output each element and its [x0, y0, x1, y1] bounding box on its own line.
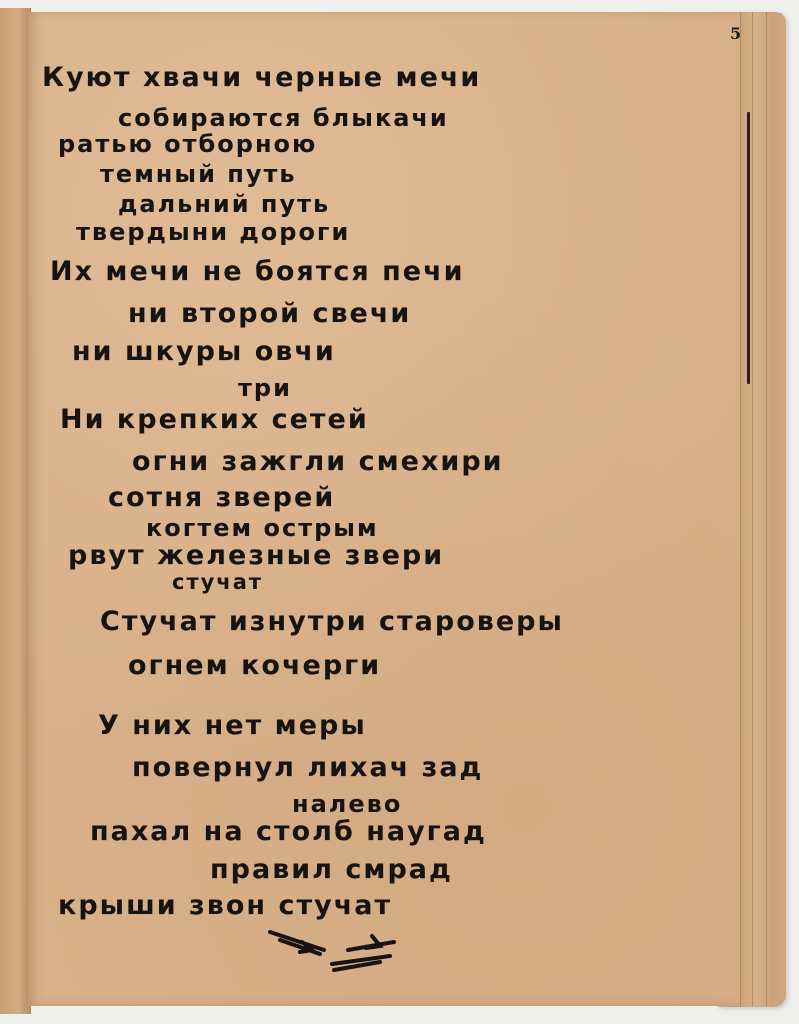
poem-line: рвут железные звери	[68, 540, 444, 571]
poem-line: Ни крепких сетей	[60, 404, 369, 435]
handwritten-poem: Куют хвачи черные мечи собираются блыкач…	[0, 0, 799, 1024]
poem-line: крыши звон стучат	[58, 890, 392, 921]
poem-line: сотня зверей	[108, 482, 335, 513]
poem-line: повернул лихач зад	[132, 752, 483, 783]
poem-line: У них нет меры	[98, 710, 367, 741]
poem-line: стучат	[172, 570, 263, 594]
poem-line: три	[238, 374, 292, 402]
poem-line: огни зажгли смехири	[132, 446, 504, 477]
poem-line: темный путь	[100, 160, 297, 188]
poem-line: дальний путь	[118, 190, 330, 218]
poem-line: когтем острым	[146, 514, 379, 542]
poem-line: правил смрад	[210, 854, 453, 885]
poem-line: ратью отборною	[58, 130, 317, 158]
poem-line: Их мечи не боятся печи	[50, 256, 465, 287]
poem-line: пахал на столб наугад	[90, 816, 487, 847]
poem-line: налево	[292, 790, 402, 818]
flourish-strokes-icon	[262, 928, 412, 973]
poem-line: собираются блыкачи	[118, 104, 449, 132]
poem-line: ни шкуры овчи	[72, 336, 336, 367]
poem-line: Куют хвачи черные мечи	[42, 62, 481, 93]
poem-line: Стучат изнутри староверы	[100, 606, 564, 637]
poem-line: ни второй свечи	[128, 298, 411, 329]
poem-line: твердыни дороги	[76, 218, 350, 246]
poem-line: огнем кочерги	[128, 650, 381, 681]
